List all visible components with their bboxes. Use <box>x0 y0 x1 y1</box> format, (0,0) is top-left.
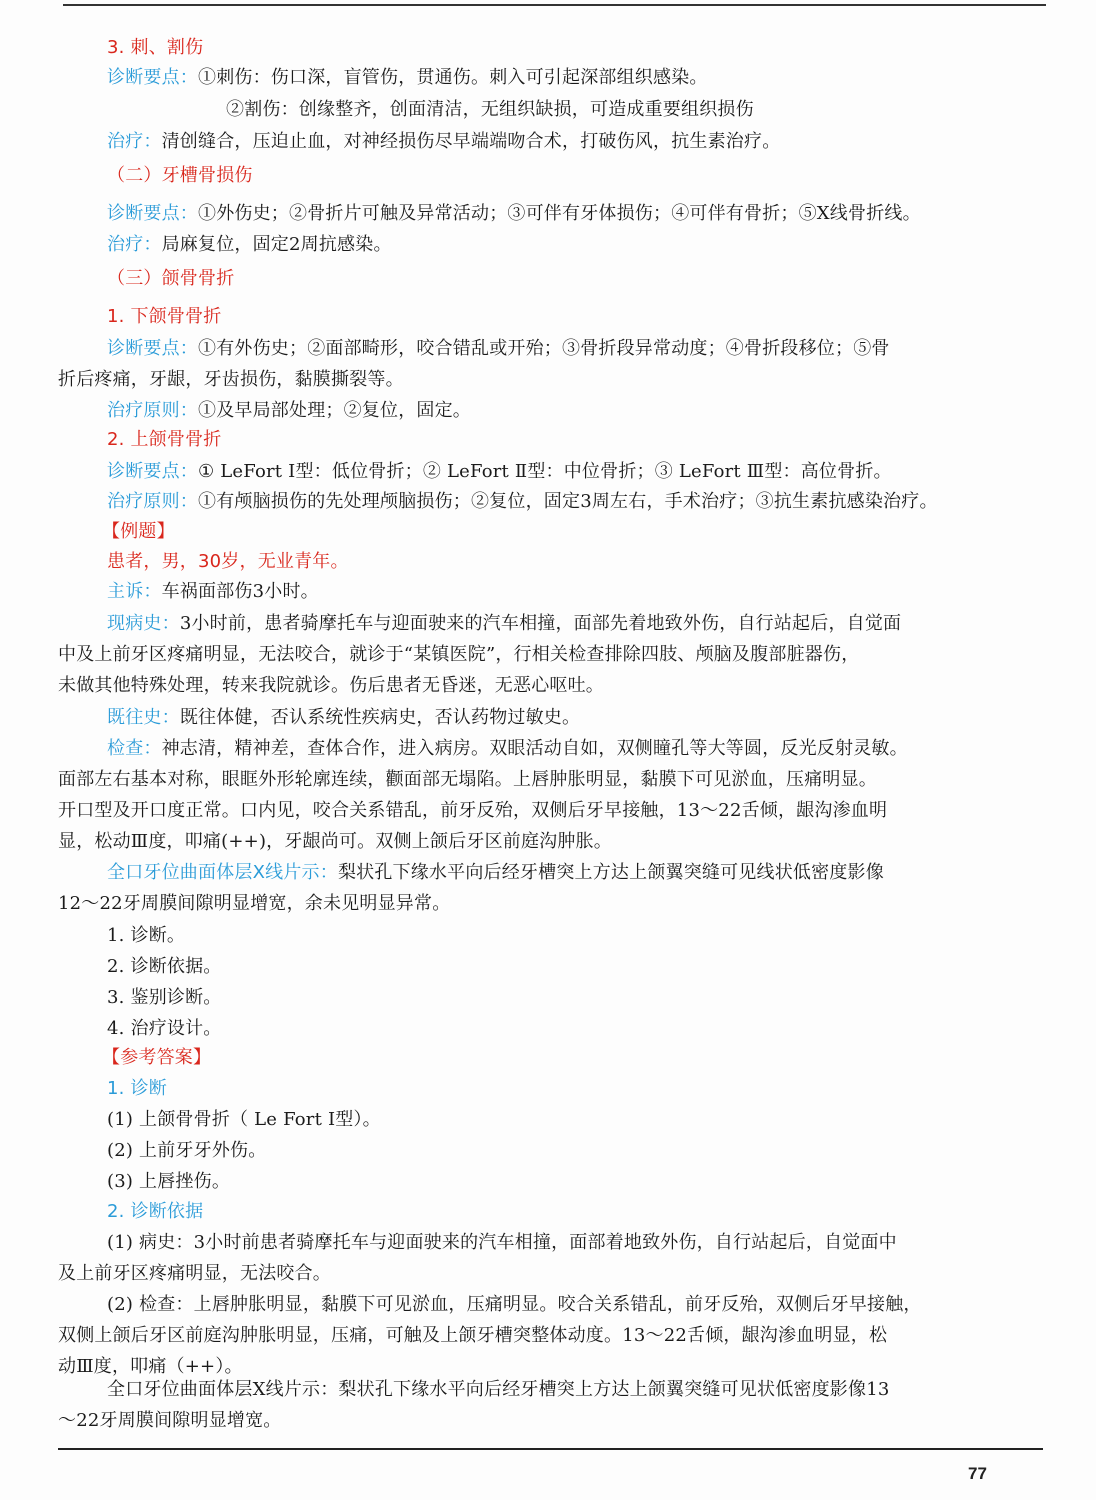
text-line: (2) 上前牙牙外伤。 <box>107 1139 266 1163</box>
field-label: 既往史： <box>107 707 180 728</box>
line-text: 2. 诊断依据 <box>107 1201 203 1222</box>
line-text: 3小时前，患者骑摩托车与迎面驶来的汽车相撞，面部先着地致外伤，自行站起后，自觉面 <box>180 613 901 634</box>
text-line: 诊断要点：①外伤史；②骨折片可触及异常活动；③可伴有牙体损伤；④可伴有骨折；⑤X… <box>107 202 921 226</box>
section-heading: 1. 诊断 <box>107 1077 167 1101</box>
line-text: 及上前牙区疼痛明显，无法咬合。 <box>58 1263 331 1284</box>
line-text: 双侧上颌后牙区前庭沟肿胀明显，压痛，可触及上颌牙槽突整体动度。13～22舌倾，龈… <box>58 1325 887 1346</box>
text-line: 诊断要点：① LeFort Ⅰ型：低位骨折；② LeFort Ⅱ型：中位骨折；③… <box>107 460 892 484</box>
section-heading: 【例题】 <box>102 520 175 544</box>
text-line: 既往史：既往体健，否认系统性疾病史，否认药物过敏史。 <box>107 706 580 730</box>
line-text: 面部左右基本对称，眼眶外形轮廓连续，颧面部无塌陷。上唇肿胀明显，黏膜下可见淤血，… <box>58 769 877 790</box>
text-line: 显，松动Ⅲ度，叩痛(++)，牙龈尚可。双侧上颌后牙区前庭沟肿胀。 <box>58 830 612 854</box>
text-line: (1) 上颌骨骨折（ Le Fort Ⅰ型）。 <box>107 1108 381 1132</box>
text-line: 开口型及开口度正常。口内见，咬合关系错乱，前牙反殆，双侧后牙早接触，13～22舌… <box>58 799 887 823</box>
line-text: (1) 病史：3小时前患者骑摩托车与迎面驶来的汽车相撞，面部着地致外伤，自行站起… <box>107 1232 897 1253</box>
line-text: 12～22牙周膜间隙明显增宽，余未见明显异常。 <box>58 893 450 914</box>
line-text: ①及早局部处理；②复位，固定。 <box>198 400 471 421</box>
text-line: 诊断要点：①有外伤史；②面部畸形，咬合错乱或开殆；③骨折段异常动度；④骨折段移位… <box>107 337 890 361</box>
line-text: 全口牙位曲面体层X线片示：梨状孔下缘水平向后经牙槽突上方达上颌翼突缝可见状低密度… <box>107 1379 890 1400</box>
field-label: 诊断要点： <box>107 461 198 482</box>
text-line: 检查：神志清，精神差，查体合作，进入病房。双眼活动自如，双侧瞳孔等大等圆，反光反… <box>107 737 908 761</box>
text-line: 全口牙位曲面体层X线片示：梨状孔下缘水平向后经牙槽突上方达上颌翼突缝可见状低密度… <box>107 1378 890 1402</box>
line-text: (3) 上唇挫伤。 <box>107 1171 230 1192</box>
text-line: 1. 诊断。 <box>107 924 185 948</box>
text-line: 全口牙位曲面体层X线片示：梨状孔下缘水平向后经牙槽突上方达上颌翼突缝可见线状低密… <box>107 861 884 885</box>
line-text: 动Ⅲ度，叩痛（++）。 <box>58 1356 243 1377</box>
section-heading: 【参考答案】 <box>102 1046 211 1070</box>
line-text: 局麻复位，固定2周抗感染。 <box>162 234 392 255</box>
line-text: ②割伤：创缘整齐，创面清洁，无组织缺损，可造成重要组织损伤 <box>226 99 754 120</box>
line-text: 患者，男，30岁，无业青年。 <box>107 551 349 572</box>
line-text: 1. 下颌骨骨折 <box>107 306 222 327</box>
text-line: 12～22牙周膜间隙明显增宽，余未见明显异常。 <box>58 892 450 916</box>
section-heading: （二）牙槽骨损伤 <box>107 164 253 188</box>
line-text: ①外伤史；②骨折片可触及异常活动；③可伴有牙体损伤；④可伴有骨折；⑤X线骨折线。 <box>198 203 921 224</box>
text-line: (1) 病史：3小时前患者骑摩托车与迎面驶来的汽车相撞，面部着地致外伤，自行站起… <box>107 1231 897 1255</box>
section-heading: （三）颌骨骨折 <box>107 267 234 291</box>
text-line: ～22牙周膜间隙明显增宽。 <box>58 1409 282 1433</box>
text-line: 3. 鉴别诊断。 <box>107 986 222 1010</box>
line-text: 车祸面部伤3小时。 <box>162 581 319 602</box>
top-rule <box>63 4 1046 6</box>
field-label: 检查： <box>107 738 162 759</box>
line-text: 2. 诊断依据。 <box>107 956 222 977</box>
section-heading: 3. 刺、割伤 <box>107 36 203 60</box>
field-label: 治疗： <box>107 234 162 255</box>
line-text: (2) 上前牙牙外伤。 <box>107 1140 266 1161</box>
line-text: 未做其他特殊处理，转来我院就诊。伤后患者无昏迷，无恶心呕吐。 <box>58 675 604 696</box>
section-heading: 2. 诊断依据 <box>107 1200 203 1224</box>
line-text: ～22牙周膜间隙明显增宽。 <box>58 1410 282 1431</box>
text-line: 2. 诊断依据。 <box>107 955 222 979</box>
section-heading: 患者，男，30岁，无业青年。 <box>107 550 349 574</box>
text-line: 折后疼痛，牙龈，牙齿损伤，黏膜撕裂等。 <box>58 368 404 392</box>
field-label: 诊断要点： <box>107 203 198 224</box>
section-heading: 1. 下颌骨骨折 <box>107 305 222 329</box>
field-label: 治疗原则： <box>107 400 198 421</box>
line-text: ①有外伤史；②面部畸形，咬合错乱或开殆；③骨折段异常动度；④骨折段移位；⑤骨 <box>198 338 890 359</box>
line-text: 1. 诊断。 <box>107 925 185 946</box>
bottom-rule <box>58 1448 1043 1450</box>
text-line: (3) 上唇挫伤。 <box>107 1170 230 1194</box>
line-text: 【参考答案】 <box>102 1047 211 1068</box>
line-text: 3. 鉴别诊断。 <box>107 987 222 1008</box>
text-line: 治疗原则：①及早局部处理；②复位，固定。 <box>107 399 471 423</box>
line-text: ① LeFort Ⅰ型：低位骨折；② LeFort Ⅱ型：中位骨折；③ LeFo… <box>198 461 892 482</box>
line-text: 神志清，精神差，查体合作，进入病房。双眼活动自如，双侧瞳孔等大等圆，反光反射灵敏… <box>162 738 908 759</box>
text-line: 动Ⅲ度，叩痛（++）。 <box>58 1355 243 1379</box>
line-text: 中及上前牙区疼痛明显，无法咬合，就诊于“某镇医院”，行相关检查排除四肢、颅脑及腹… <box>58 644 859 665</box>
line-text: 显，松动Ⅲ度，叩痛(++)，牙龈尚可。双侧上颌后牙区前庭沟肿胀。 <box>58 831 612 852</box>
line-text: （三）颌骨骨折 <box>107 268 234 289</box>
line-text: ①有颅脑损伤的先处理颅脑损伤；②复位，固定3周左右，手术治疗；③抗生素抗感染治疗… <box>198 491 938 512</box>
line-text: 2. 上颌骨骨折 <box>107 429 222 450</box>
text-line: 治疗原则：①有颅脑损伤的先处理颅脑损伤；②复位，固定3周左右，手术治疗；③抗生素… <box>107 490 938 514</box>
line-text: 折后疼痛，牙龈，牙齿损伤，黏膜撕裂等。 <box>58 369 404 390</box>
page-number: 77 <box>968 1464 987 1484</box>
line-text: 【例题】 <box>102 521 175 542</box>
text-line: 4. 治疗设计。 <box>107 1017 222 1041</box>
line-text: （二）牙槽骨损伤 <box>107 165 253 186</box>
text-line: 治疗：清创缝合，压迫止血，对神经损伤尽早端端吻合术，打破伤风，抗生素治疗。 <box>107 130 780 154</box>
line-text: 3. 刺、割伤 <box>107 37 203 58</box>
field-label: 诊断要点： <box>107 338 198 359</box>
field-label: 治疗： <box>107 131 162 152</box>
line-text: 1. 诊断 <box>107 1078 167 1099</box>
field-label: 诊断要点： <box>107 67 198 88</box>
text-line: 双侧上颌后牙区前庭沟肿胀明显，压痛，可触及上颌牙槽突整体动度。13～22舌倾，龈… <box>58 1324 887 1348</box>
field-label: 现病史： <box>107 613 180 634</box>
text-line: 诊断要点：①刺伤：伤口深，盲管伤，贯通伤。刺入可引起深部组织感染。 <box>107 66 708 90</box>
text-line: 治疗：局麻复位，固定2周抗感染。 <box>107 233 392 257</box>
line-text: 梨状孔下缘水平向后经牙槽突上方达上颌翼突缝可见线状低密度影像 <box>338 862 884 883</box>
text-line: 面部左右基本对称，眼眶外形轮廓连续，颧面部无塌陷。上唇肿胀明显，黏膜下可见淤血，… <box>58 768 877 792</box>
text-line: 中及上前牙区疼痛明显，无法咬合，就诊于“某镇医院”，行相关检查排除四肢、颅脑及腹… <box>58 643 859 667</box>
text-line: (2) 检查：上唇肿胀明显，黏膜下可见淤血，压痛明显。咬合关系错乱，前牙反殆，双… <box>107 1293 922 1317</box>
field-label: 主诉： <box>107 581 162 602</box>
text-line: 主诉：车祸面部伤3小时。 <box>107 580 319 604</box>
line-text: 开口型及开口度正常。口内见，咬合关系错乱，前牙反殆，双侧后牙早接触，13～22舌… <box>58 800 887 821</box>
section-heading: 2. 上颌骨骨折 <box>107 428 222 452</box>
text-line: 未做其他特殊处理，转来我院就诊。伤后患者无昏迷，无恶心呕吐。 <box>58 674 604 698</box>
text-line: 现病史：3小时前，患者骑摩托车与迎面驶来的汽车相撞，面部先着地致外伤，自行站起后… <box>107 612 901 636</box>
line-text: 4. 治疗设计。 <box>107 1018 222 1039</box>
line-text: ①刺伤：伤口深，盲管伤，贯通伤。刺入可引起深部组织感染。 <box>198 67 708 88</box>
text-line: 及上前牙区疼痛明显，无法咬合。 <box>58 1262 331 1286</box>
text-line: ②割伤：创缘整齐，创面清洁，无组织缺损，可造成重要组织损伤 <box>226 98 754 122</box>
field-label: 治疗原则： <box>107 491 198 512</box>
line-text: (1) 上颌骨骨折（ Le Fort Ⅰ型）。 <box>107 1109 381 1130</box>
line-text: 清创缝合，压迫止血，对神经损伤尽早端端吻合术，打破伤风，抗生素治疗。 <box>162 131 781 152</box>
line-text: (2) 检查：上唇肿胀明显，黏膜下可见淤血，压痛明显。咬合关系错乱，前牙反殆，双… <box>107 1294 922 1315</box>
line-text: 既往体健，否认系统性疾病史，否认药物过敏史。 <box>180 707 580 728</box>
field-label: 全口牙位曲面体层X线片示： <box>107 862 338 883</box>
